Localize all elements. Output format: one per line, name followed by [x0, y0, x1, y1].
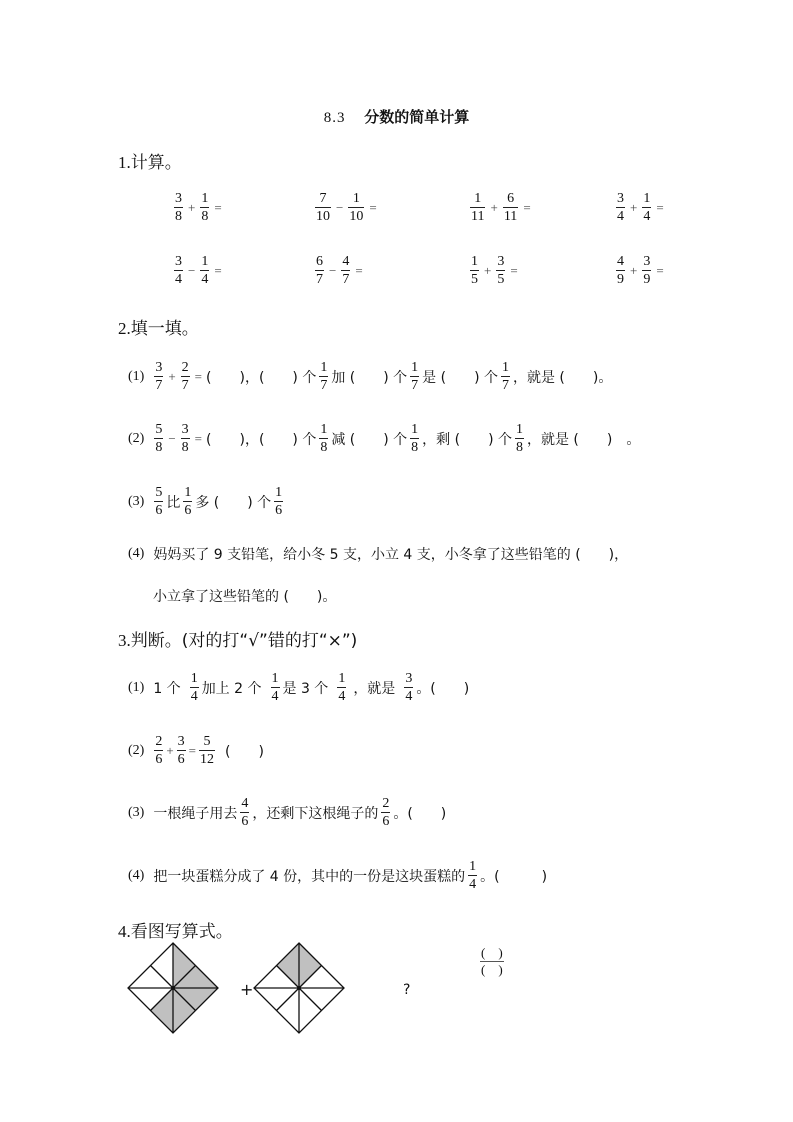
- answer-space[interactable]: [534, 193, 574, 223]
- equals-sign: =: [656, 263, 663, 279]
- judge-answer-blank[interactable]: 。( ): [480, 866, 547, 886]
- fraction: 56: [154, 484, 163, 519]
- fraction: 38: [181, 421, 190, 456]
- fraction: 111: [470, 190, 485, 225]
- answer-space[interactable]: [667, 256, 707, 286]
- fraction: 27: [181, 359, 190, 394]
- fill-q4-line1: (4) 妈妈买了 9 支铅笔，给小冬 5 支，小立 4 支，小冬拿了这些铅笔的 …: [128, 544, 629, 564]
- answer-space[interactable]: [521, 256, 561, 286]
- fraction: 14: [271, 670, 280, 705]
- fraction: 16: [274, 484, 283, 519]
- answer-space[interactable]: [667, 193, 707, 223]
- fraction: 38: [174, 190, 183, 225]
- fraction: 26: [154, 733, 163, 768]
- equals-sign: =: [369, 200, 376, 216]
- calc-problem: 34+14=: [614, 190, 707, 225]
- equals-sign: =: [523, 200, 530, 216]
- fraction: 14: [468, 858, 477, 893]
- calc-problem: 111+611=: [468, 190, 574, 225]
- fill-q3: (3) 56 比 16 多 ( ) 个 16: [128, 484, 285, 519]
- judge-q3: (3) 一根绳子用去 46 ，还剩下这根绳子的 26 。( ): [128, 795, 447, 830]
- answer-denominator-blank[interactable]: ( ): [480, 961, 504, 978]
- fraction: 14: [190, 670, 199, 705]
- operator: +: [630, 200, 637, 216]
- judge-q2: (2) 26 + 36 = 512 ( ): [128, 733, 265, 768]
- judge-answer-blank[interactable]: ( ): [225, 741, 264, 761]
- calc-problem: 49+39=: [614, 253, 707, 288]
- operator: +: [630, 263, 637, 279]
- answer-space[interactable]: [366, 256, 406, 286]
- judge-answer-blank[interactable]: 。( ): [393, 803, 446, 823]
- operator: +: [188, 200, 195, 216]
- calc-problem: 67−47=: [313, 253, 406, 288]
- fill-q1: (1) 37 + 27 = ( )，( ) 个 17 加 ( ) 个 17 是 …: [128, 359, 613, 394]
- fraction: 512: [199, 733, 215, 768]
- fraction: 14: [642, 190, 651, 225]
- fraction: 47: [341, 253, 350, 288]
- operator: +: [490, 200, 497, 216]
- fraction: 17: [410, 359, 419, 394]
- answer-fraction[interactable]: ( ) ( ): [478, 945, 506, 978]
- question-mark: ?: [403, 982, 410, 998]
- operator: −: [329, 263, 336, 279]
- fraction: 18: [410, 421, 419, 456]
- section-2-heading: 2.填一填。: [118, 314, 199, 339]
- answer-space[interactable]: [225, 256, 265, 286]
- fraction: 15: [470, 253, 479, 288]
- fraction: 18: [319, 421, 328, 456]
- answer-space[interactable]: [225, 193, 265, 223]
- fraction: 18: [200, 190, 209, 225]
- fraction: 611: [503, 190, 518, 225]
- fraction: 49: [616, 253, 625, 288]
- fraction: 34: [174, 253, 183, 288]
- judge-q1: (1) 1 个 14 加上 2 个 14 是 3 个 14 ，就是 34 。( …: [128, 670, 470, 705]
- answer-blank-text[interactable]: ( )，( ) 个: [206, 367, 316, 387]
- fraction: 46: [240, 795, 249, 830]
- fraction: 17: [501, 359, 510, 394]
- answer-space[interactable]: [380, 193, 420, 223]
- fraction: 35: [496, 253, 505, 288]
- calc-problem: 710−110=: [313, 190, 420, 225]
- section-3-heading: 3.判断。(对的打“√”错的打“×”): [118, 626, 357, 651]
- fraction: 39: [642, 253, 651, 288]
- fraction: 14: [337, 670, 346, 705]
- fraction: 17: [319, 359, 328, 394]
- equals-sign: =: [656, 200, 663, 216]
- diamond-figure-2: [249, 938, 349, 1038]
- fraction: 67: [315, 253, 324, 288]
- fraction: 710: [315, 190, 331, 225]
- title-number: 8.3: [324, 110, 346, 126]
- calc-problem: 15+35=: [468, 253, 561, 288]
- fraction: 37: [154, 359, 163, 394]
- operator: −: [188, 263, 195, 279]
- fraction: 34: [616, 190, 625, 225]
- operator: −: [336, 200, 343, 216]
- operator: +: [484, 263, 491, 279]
- answer-numerator-blank[interactable]: ( ): [480, 945, 504, 961]
- fraction: 110: [348, 190, 364, 225]
- diamond-figure-1: [123, 938, 223, 1038]
- fill-q2: (2) 58 − 38 = ( )，( ) 个 18 减 ( ) 个 18 ，剩…: [128, 421, 641, 456]
- equals-sign: =: [214, 200, 221, 216]
- equals-sign: =: [214, 263, 221, 279]
- equals-sign: =: [355, 263, 362, 279]
- calc-problem: 38+18=: [172, 190, 265, 225]
- fraction: 58: [154, 421, 163, 456]
- judge-q4: (4) 把一块蛋糕分成了 4 份，其中的一份是这块蛋糕的 14 。( ): [128, 858, 548, 893]
- title-text: 分数的简单计算: [364, 108, 469, 126]
- section-1-heading: 1.计算。: [118, 148, 182, 173]
- fill-q4-line2: 小立拿了这些铅笔的 ( )。: [152, 586, 337, 606]
- calc-problem: 34−14=: [172, 253, 265, 288]
- judge-answer-blank[interactable]: 。( ): [416, 678, 469, 698]
- fraction: 16: [183, 484, 192, 519]
- fraction: 14: [200, 253, 209, 288]
- equals-sign: =: [510, 263, 517, 279]
- page-title: 8.3 分数的简单计算: [0, 106, 793, 127]
- fraction: 18: [515, 421, 524, 456]
- fraction: 26: [381, 795, 390, 830]
- fraction: 34: [404, 670, 413, 705]
- fraction: 36: [177, 733, 186, 768]
